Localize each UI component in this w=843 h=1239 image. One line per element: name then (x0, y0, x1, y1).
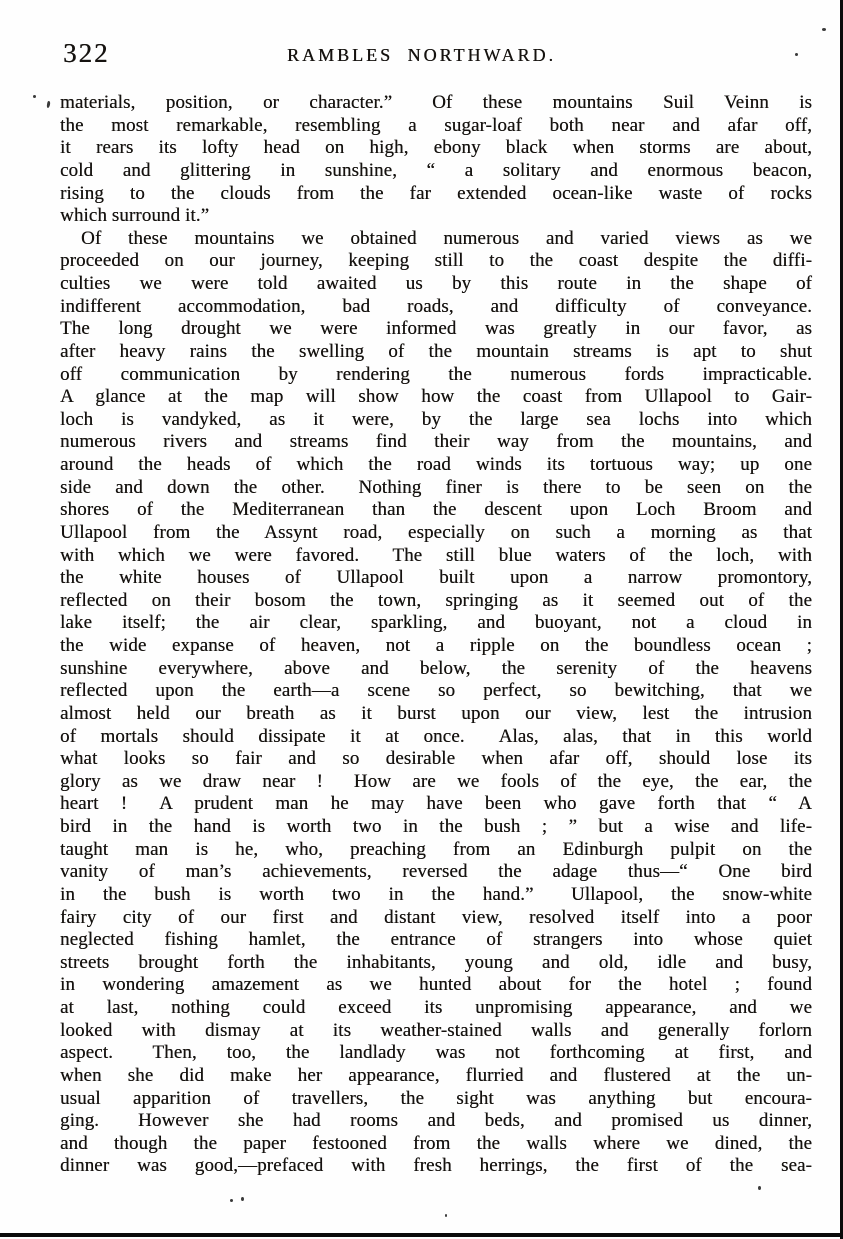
text-line: after heavy rains the swelling of the mo… (60, 341, 812, 364)
scan-speck (46, 101, 50, 108)
text-line: indifferent accommodation, bad roads, an… (60, 296, 812, 319)
text-line: what looks so fair and so desirable when… (60, 748, 812, 771)
scan-speck (795, 53, 798, 56)
scan-speck (758, 1186, 761, 1190)
scan-edge-bottom (0, 1233, 843, 1237)
text-line: in the bush is worth two in the hand.” U… (60, 884, 812, 907)
text-line: the white houses of Ullapool built upon … (60, 567, 812, 590)
scan-speck (445, 1214, 447, 1217)
text-line: around the heads of which the road winds… (60, 454, 812, 477)
text-line: dinner was good,—prefaced with fresh her… (60, 1155, 812, 1178)
text-line: reflected upon the earth—a scene so perf… (60, 680, 812, 703)
text-line: shores of the Mediterranean than the des… (60, 499, 812, 522)
scan-speck (822, 28, 826, 31)
text-line: culties we were told awaited us by this … (60, 273, 812, 296)
text-line: usual apparition of travellers, the sigh… (60, 1088, 812, 1111)
text-line: off communication by rendering the numer… (60, 364, 812, 387)
paragraph-main: Of these mountains we obtained numerous … (60, 228, 812, 1178)
text-line: loch is vandyked, as it were, by the lar… (60, 409, 812, 432)
text-line: A glance at the map will show how the co… (60, 386, 812, 409)
text-line: fairy city of our first and distant view… (60, 907, 812, 930)
text-line: taught man is he, who, preaching from an… (60, 839, 812, 862)
text-line: and though the paper festooned from the … (60, 1133, 812, 1156)
text-line: sunshine everywhere, above and below, th… (60, 658, 812, 681)
text-line: in wondering amazement as we hunted abou… (60, 974, 812, 997)
text-line: looked with dismay at its weather-staine… (60, 1020, 812, 1043)
text-line: when she did make her appearance, flurri… (60, 1065, 812, 1088)
text-line: almost held our breath as it burst upon … (60, 703, 812, 726)
text-line: cold and glittering in sunshine, “ a sol… (60, 160, 812, 183)
scan-speck (241, 1197, 244, 1201)
paragraph-continuation: materials, position, or character.” Of t… (60, 92, 812, 228)
text-line: it rears its lofty head on high, ebony b… (60, 137, 812, 160)
running-title: RAMBLES NORTHWARD. (0, 46, 843, 64)
text-line: streets brought forth the inhabitants, y… (60, 952, 812, 975)
text-line: The long drought we were informed was gr… (60, 318, 812, 341)
text-line: reflected on their bosom the town, sprin… (60, 590, 812, 613)
text-line: Of these mountains we obtained numerous … (60, 228, 812, 251)
text-line: neglected fishing hamlet, the entrance o… (60, 929, 812, 952)
text-line: materials, position, or character.” Of t… (60, 92, 812, 115)
text-line: aspect. Then, too, the landlady was not … (60, 1042, 812, 1065)
body-text: materials, position, or character.” Of t… (60, 92, 812, 1178)
text-line: bird in the hand is worth two in the bus… (60, 816, 812, 839)
text-line: numerous rivers and streams find their w… (60, 431, 812, 454)
text-line: vanity of man’s achievements, reversed t… (60, 861, 812, 884)
text-line: proceeded on our journey, keeping still … (60, 250, 812, 273)
text-line: the wide expanse of heaven, not a ripple… (60, 635, 812, 658)
text-line: side and down the other. Nothing finer i… (60, 477, 812, 500)
book-page-scan: 322 RAMBLES NORTHWARD. materials, positi… (0, 0, 843, 1239)
text-line: with which we were favored. The still bl… (60, 545, 812, 568)
text-line: ging. However she had rooms and beds, an… (60, 1110, 812, 1133)
text-line: the most remarkable, resembling a sugar-… (60, 115, 812, 138)
text-line: rising to the clouds from the far extend… (60, 183, 812, 206)
text-line: Ullapool from the Assynt road, especiall… (60, 522, 812, 545)
scan-speck (33, 95, 36, 98)
text-line: at last, nothing could exceed its unprom… (60, 997, 812, 1020)
text-line: heart ! A prudent man he may have been w… (60, 793, 812, 816)
text-line: glory as we draw near ! How are we fools… (60, 771, 812, 794)
scan-speck (230, 1199, 233, 1202)
text-line: which surround it.” (60, 205, 812, 228)
text-line: lake itself; the air clear, sparkling, a… (60, 612, 812, 635)
text-line: of mortals should dissipate it at once. … (60, 726, 812, 749)
